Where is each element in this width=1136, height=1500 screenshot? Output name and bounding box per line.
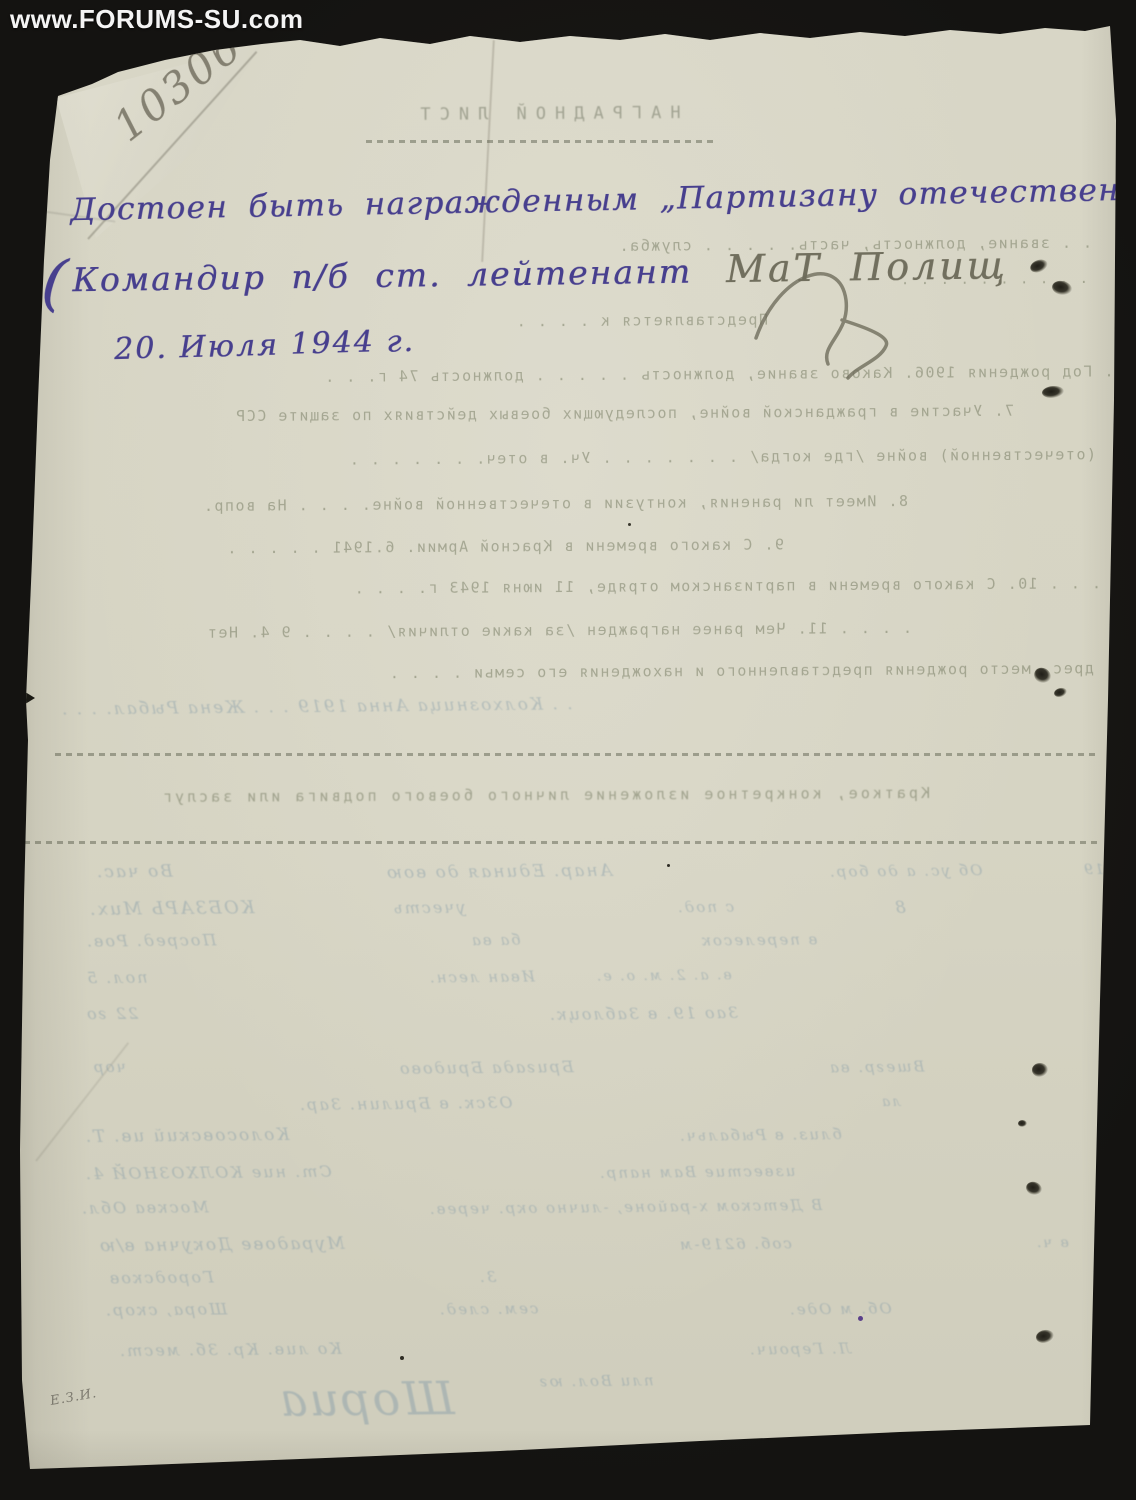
bleedthrough-handwriting-fragment: Анар. Единая до вою xyxy=(385,861,613,883)
bleedthrough-typed-line: Представляется к . . . . xyxy=(378,311,768,332)
ink-speck xyxy=(667,864,670,867)
paper-sheet: 1030б НАГРАДНОЙ ЛИСТ . . звание, должнос… xyxy=(0,0,1136,1500)
bleedthrough-handwriting-fragment: 19 xyxy=(1082,862,1104,878)
bleedthrough-handwriting-fragment: Бригада Бридово xyxy=(398,1057,574,1078)
bleedthrough-handwriting-fragment: 3. xyxy=(478,1268,497,1286)
bleedthrough-handwriting-fragment: сем. след. xyxy=(438,1299,539,1318)
dashed-separator xyxy=(2,841,1100,844)
bleedthrough-handwriting-fragment: известие Вам напр. xyxy=(598,1162,796,1182)
bleedthrough-handwriting-fragment: Москва Обл. xyxy=(80,1197,209,1217)
bleedthrough-handwriting-fragment: Ко лив. Кр. Зб. мест. xyxy=(118,1339,342,1360)
bleedthrough-handwriting-fragment: Зао 19. в Заблоцк. xyxy=(548,1003,738,1024)
ink-speck xyxy=(628,523,631,526)
bleedthrough-handwriting-fragment: в. а. 2. м. о. е. xyxy=(595,967,732,984)
bleedthrough-handwriting-fragment: Об ус. а до бор. xyxy=(828,861,983,881)
bleedthrough-handwriting-fragment: учесть xyxy=(392,898,466,918)
bleedthrough-handwriting-fragment: Иван лесн. xyxy=(428,967,535,986)
bleedthrough-handwriting-fragment: Мурадове Докучна в/ю xyxy=(98,1234,345,1257)
bleedthrough-handwriting-fragment: ла xyxy=(880,1094,901,1110)
bleedthrough-handwriting-fragment: Ст. ние КОЛХОЗНОЙ 4. xyxy=(84,1162,332,1184)
opening-stroke: ( xyxy=(40,259,71,305)
bleedthrough-handwriting-fragment: Вшегр. ва xyxy=(828,1057,925,1076)
bleedthrough-handwriting-fragment: пол. 5 xyxy=(85,968,148,988)
bleedthrough-handwriting-fragment: Шора, скор. xyxy=(104,1299,228,1319)
dashed-separator xyxy=(366,140,714,143)
bleedthrough-handwriting-fragment: Л. Героич. xyxy=(748,1339,851,1358)
dashed-separator xyxy=(55,753,1100,756)
bleedthrough-handwriting-fragment: ОЗск. в Брилин. Зар. xyxy=(298,1093,513,1114)
bleedthrough-handwriting-fragment: ба ва xyxy=(470,931,521,950)
commander-rank-text: Командир п/б ст. лейтенант xyxy=(72,252,692,300)
scanned-document-view: www.FORUMS-SU.com 1030б НАГРАДНОЙ ЛИСТ .… xyxy=(0,0,1136,1500)
punch-hole xyxy=(1018,1120,1027,1127)
bleedthrough-handwriting-fragment: в перелесок xyxy=(700,930,818,949)
bleedthrough-handwriting-fragment: пли Вол. юг xyxy=(538,1371,654,1390)
bleedthrough-handwriting-fragment: Во час. xyxy=(95,862,173,883)
bleedthrough-handwriting-fragment: соб. 6219-м xyxy=(678,1234,792,1253)
bleedthrough-handwriting-fragment: Посред. Ров. xyxy=(85,930,217,950)
bleedthrough-form-header: НАГРАДНОЙ ЛИСТ xyxy=(366,103,726,126)
bleedthrough-handwriting-fragment: 22 го xyxy=(85,1004,138,1024)
ink-speck xyxy=(400,1356,404,1360)
punch-hole xyxy=(1032,1063,1048,1077)
bleedthrough-handwriting-fragment: в ч. xyxy=(1035,1235,1069,1251)
bleedthrough-handwriting-fragment: Городсков xyxy=(108,1267,214,1287)
bleedthrough-handwriting-fragment: с под. xyxy=(676,898,734,917)
signature-flourish xyxy=(742,246,912,396)
bleedthrough-handwriting-fragment: Об. м Оде. xyxy=(788,1299,892,1318)
bleedthrough-handwriting-fragment: Колосовский ив. Т. xyxy=(84,1125,290,1147)
forum-watermark: www.FORUMS-SU.com xyxy=(10,4,304,35)
ink-speck xyxy=(858,1316,863,1321)
bleedthrough-handwriting-fragment: чор xyxy=(92,1058,126,1076)
bleedthrough-handwriting-fragment: близ. в Рыбальч. xyxy=(678,1125,842,1145)
bleedthrough-handwriting-fragment: Шориа xyxy=(278,1371,455,1427)
bleedthrough-handwriting-fragment: 8 xyxy=(893,898,906,918)
bleedthrough-handwriting-fragment: КОБЗАРЬ Мих. xyxy=(88,897,255,920)
